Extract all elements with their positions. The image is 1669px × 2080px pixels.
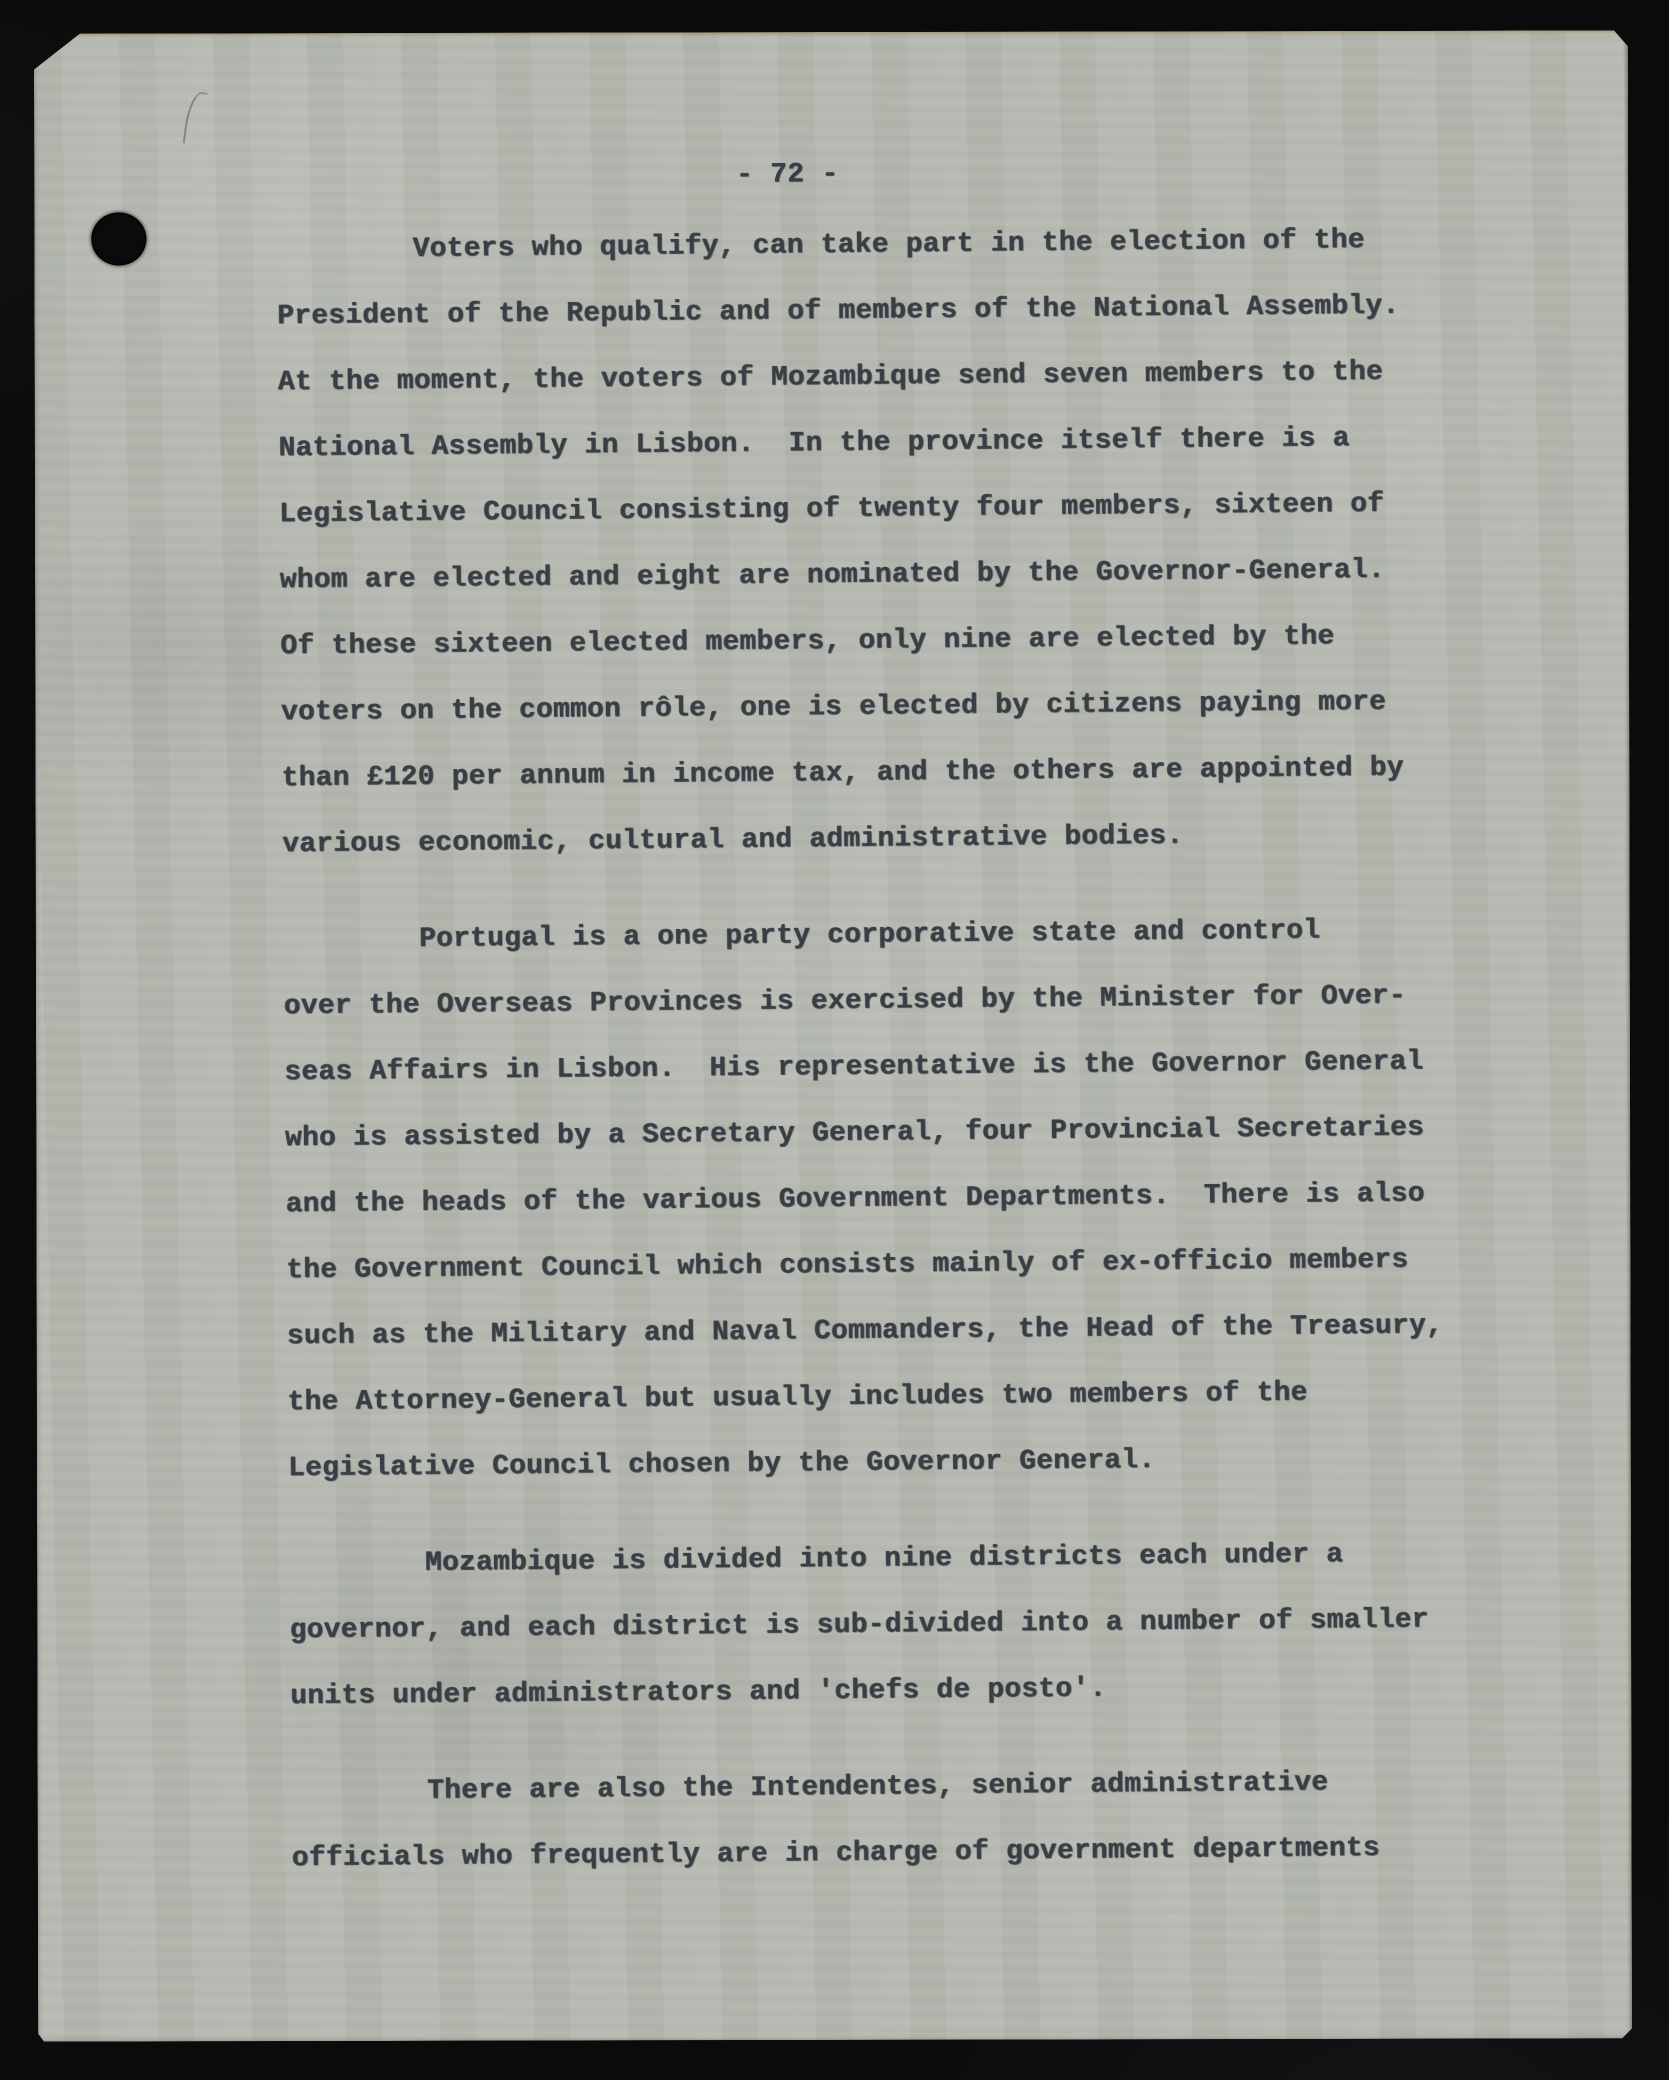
document-page: - 72 - Voters who qualify, can take part…	[34, 30, 1632, 2041]
scan-background: - 72 - Voters who qualify, can take part…	[0, 0, 1669, 2080]
paragraph-districts: Mozambique is divided into nine district…	[289, 1521, 1521, 1731]
paragraph-voters: Voters who qualify, can take part in the…	[276, 207, 1512, 879]
paragraph-portugal: Portugal is a one party corporative stat…	[283, 897, 1519, 1503]
page-content: - 72 - Voters who qualify, can take part…	[27, 20, 1640, 2043]
paragraph-intendentes: There are also the Intendentes, senior a…	[291, 1749, 1522, 1893]
body-text: Voters who qualify, can take part in the…	[276, 207, 1522, 1923]
page-number: - 72 -	[736, 159, 839, 191]
